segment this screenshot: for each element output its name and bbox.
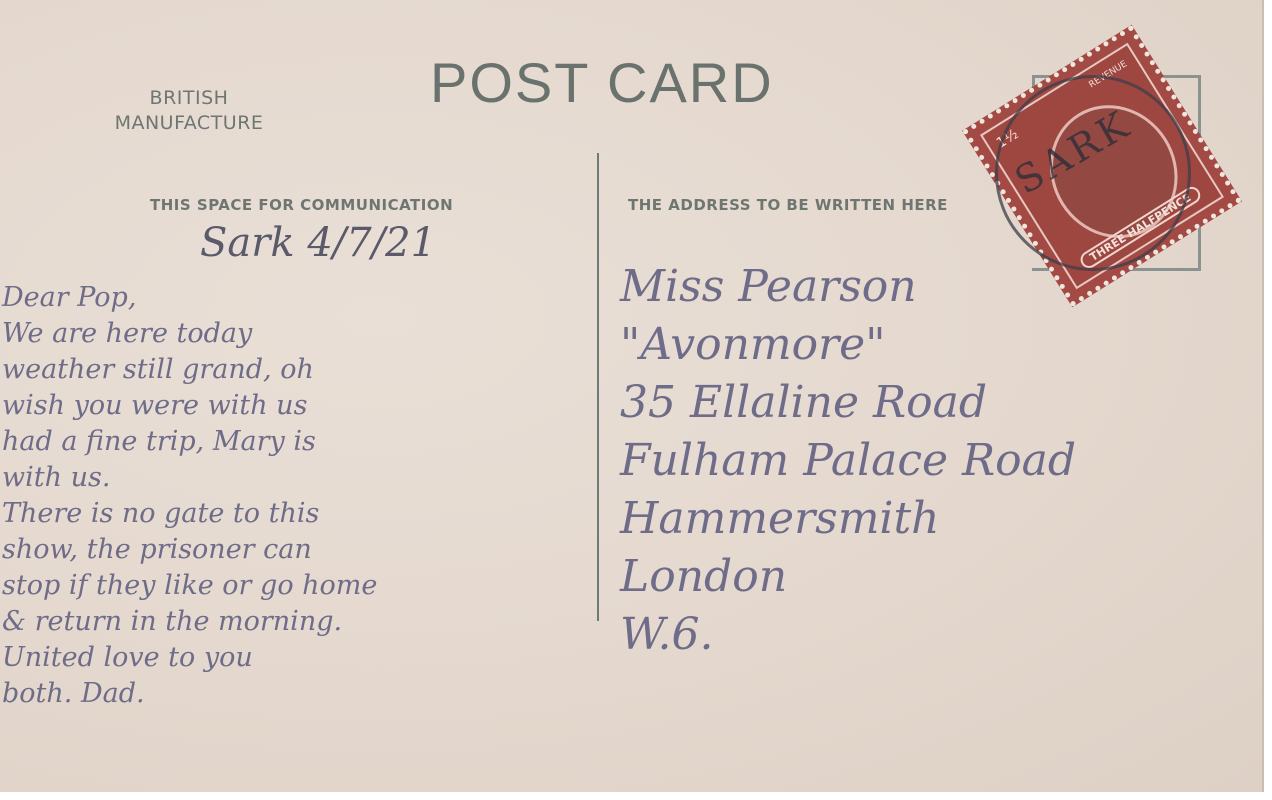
center-divider (597, 153, 599, 621)
message-line: had a fine trip, Mary is (2, 424, 377, 460)
address-line: 35 Ellaline Road (620, 374, 1076, 432)
message-line: wish you were with us (2, 388, 377, 424)
message-line: & return in the morning. (2, 604, 377, 640)
address-label: THE ADDRESS TO BE WRITTEN HERE (628, 196, 948, 214)
handwritten-address: Miss Pearson "Avonmore" 35 Ellaline Road… (620, 258, 1076, 664)
address-line: Fulham Palace Road (620, 432, 1076, 490)
handwritten-place-date: Sark 4/7/21 (200, 220, 436, 266)
brand-label: BRITISH MANUFACTURE (96, 86, 282, 136)
address-line: London (620, 548, 1076, 606)
address-line: Miss Pearson (620, 258, 1076, 316)
message-line: There is no gate to this (2, 496, 377, 532)
address-line: W.6. (620, 606, 1076, 664)
address-line: "Avonmore" (620, 316, 1076, 374)
message-line: stop if they like or go home (2, 568, 377, 604)
handwritten-message: Dear Pop, We are here today weather stil… (2, 280, 377, 712)
message-line: Dear Pop, (2, 280, 377, 316)
postcard: BRITISH MANUFACTURE POST CARD THIS SPACE… (0, 0, 1264, 792)
message-line: both. Dad. (2, 676, 377, 712)
postcard-title: POST CARD (430, 50, 774, 115)
message-line: We are here today (2, 316, 377, 352)
message-line: show, the prisoner can (2, 532, 377, 568)
brand-line-1: BRITISH (96, 86, 282, 111)
communication-label: THIS SPACE FOR COMMUNICATION (150, 196, 453, 214)
message-line: weather still grand, oh (2, 352, 377, 388)
brand-line-2: MANUFACTURE (96, 111, 282, 136)
address-line: Hammersmith (620, 490, 1076, 548)
message-line: with us. (2, 460, 377, 496)
message-line: United love to you (2, 640, 377, 676)
